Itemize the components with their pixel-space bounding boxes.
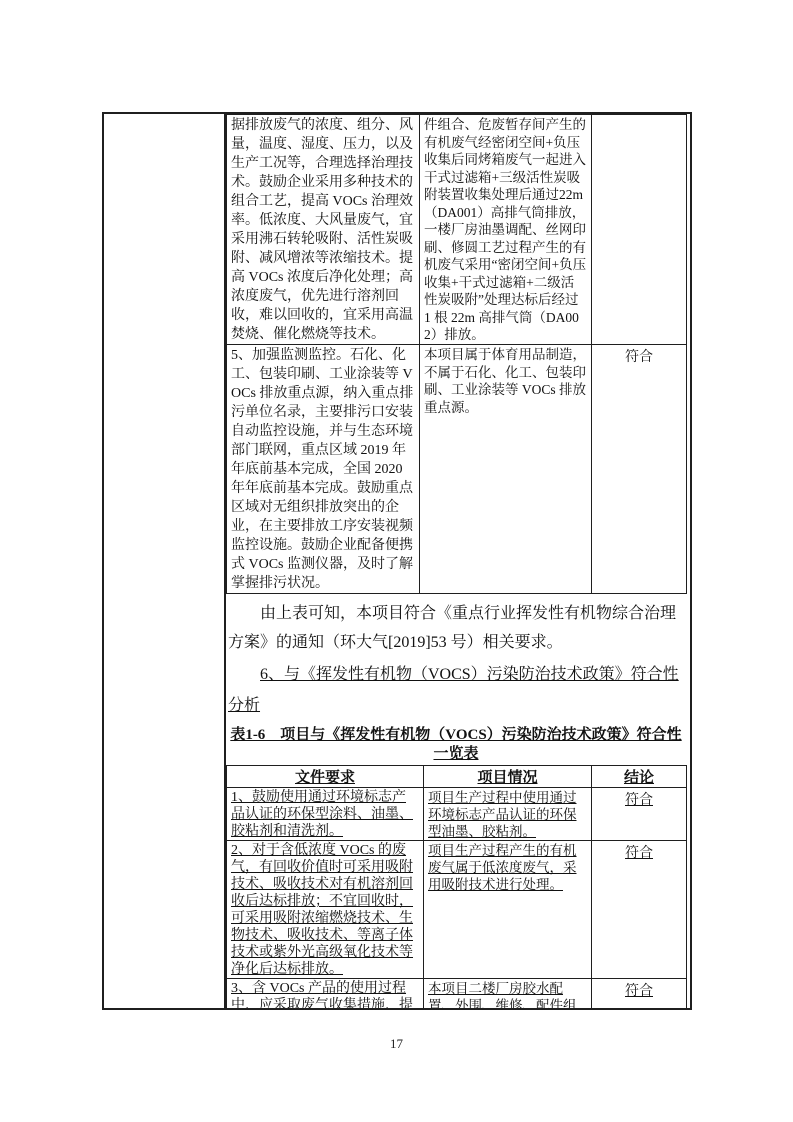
- header-row: 文件要求 项目情况 结论: [227, 766, 687, 788]
- header-situation: 项目情况: [424, 766, 592, 788]
- table-row: 据排放废气的浓度、组分、风量，温度、湿度、压力，以及生产工况等，合理选择治理技术…: [227, 115, 687, 345]
- situation-cell: 项目生产过程中使用通过环境标志产品认证的环保型油墨、胶粘剂。: [424, 788, 592, 841]
- requirement-cell: 5、加强监测监控。石化、化工、包装印刷、工业涂装等 VOCs 排放重点源，纳入重…: [227, 345, 420, 594]
- requirement-cell: 3、含 VOCs 产品的使用过程中，应采取废气收集措施，提高废气收集效率，减少废…: [227, 979, 424, 1009]
- content-cell: 据排放废气的浓度、组分、风量，温度、湿度、压力，以及生产工况等，合理选择治理技术…: [226, 114, 690, 1008]
- empty-stub-column: [104, 114, 226, 1008]
- table-row: 1、鼓励使用通过环境标志产品认证的环保型涂料、油墨、胶粘剂和清洗剂。 项目生产过…: [227, 788, 687, 841]
- conclusion-cell: 符合: [592, 788, 687, 841]
- conclusion-cell: 符合: [592, 979, 687, 1009]
- situation-cell: 本项目二楼厂房胶水配置、外围、维修、配件组合、危废暂存间产生的有机废气经密闭空间…: [424, 979, 592, 1009]
- page-number: 17: [0, 1036, 793, 1052]
- report-form-frame: 据排放废气的浓度、组分、风量，温度、湿度、压力，以及生产工况等，合理选择治理技术…: [102, 112, 692, 1010]
- header-requirement: 文件要求: [227, 766, 424, 788]
- conclusion-cell: 符合: [592, 345, 687, 594]
- situation-cell: 本项目属于体育用品制造，不属于石化、化工、包装印刷、工业涂装等 VOCs 排放重…: [420, 345, 592, 594]
- vocs-policy-compliance-table: 文件要求 项目情况 结论 1、鼓励使用通过环境标志产品认证的环保型涂料、油墨、胶…: [226, 765, 687, 1008]
- table-caption: 表1-6 项目与《挥发性有机物（VOCS）污染防治技术政策》符合性 一览表: [226, 726, 686, 764]
- conclusion-cell: 符合: [592, 841, 687, 979]
- requirement-cell: 2、对于含低浓度 VOCs 的废气，有回收价值时可采用吸附技术、吸收技术对有机溶…: [227, 841, 424, 979]
- summary-paragraph: 由上表可知，本项目符合《重点行业挥发性有机物综合治理方案》的通知（环大气[201…: [226, 594, 688, 657]
- table-caption-line1: 表1-6 项目与《挥发性有机物（VOCS）污染防治技术政策》符合性: [226, 726, 686, 745]
- header-conclusion: 结论: [592, 766, 687, 788]
- table-row: 2、对于含低浓度 VOCs 的废气，有回收价值时可采用吸附技术、吸收技术对有机溶…: [227, 841, 687, 979]
- situation-cell: 件组合、危废暂存间产生的有机废气经密闭空间+负压收集后同烤箱废气一起进入干式过滤…: [420, 115, 592, 345]
- requirement-cell: 据排放废气的浓度、组分、风量，温度、湿度、压力，以及生产工况等，合理选择治理技术…: [227, 115, 420, 345]
- policy-compliance-table-continued: 据排放废气的浓度、组分、风量，温度、湿度、压力，以及生产工况等，合理选择治理技术…: [226, 114, 687, 594]
- table-row: 3、含 VOCs 产品的使用过程中，应采取废气收集措施，提高废气收集效率，减少废…: [227, 979, 687, 1009]
- table-caption-line2: 一览表: [226, 745, 686, 764]
- requirement-cell: 1、鼓励使用通过环境标志产品认证的环保型涂料、油墨、胶粘剂和清洗剂。: [227, 788, 424, 841]
- situation-cell: 项目生产过程产生的有机废气属于低浓度废气，采用吸附技术进行处理。: [424, 841, 592, 979]
- section-heading: 6、与《挥发性有机物（VOCS）污染防治技术政策》符合性分析: [226, 657, 688, 721]
- conclusion-cell: [592, 115, 687, 345]
- table-row: 5、加强监测监控。石化、化工、包装印刷、工业涂装等 VOCs 排放重点源，纳入重…: [227, 345, 687, 594]
